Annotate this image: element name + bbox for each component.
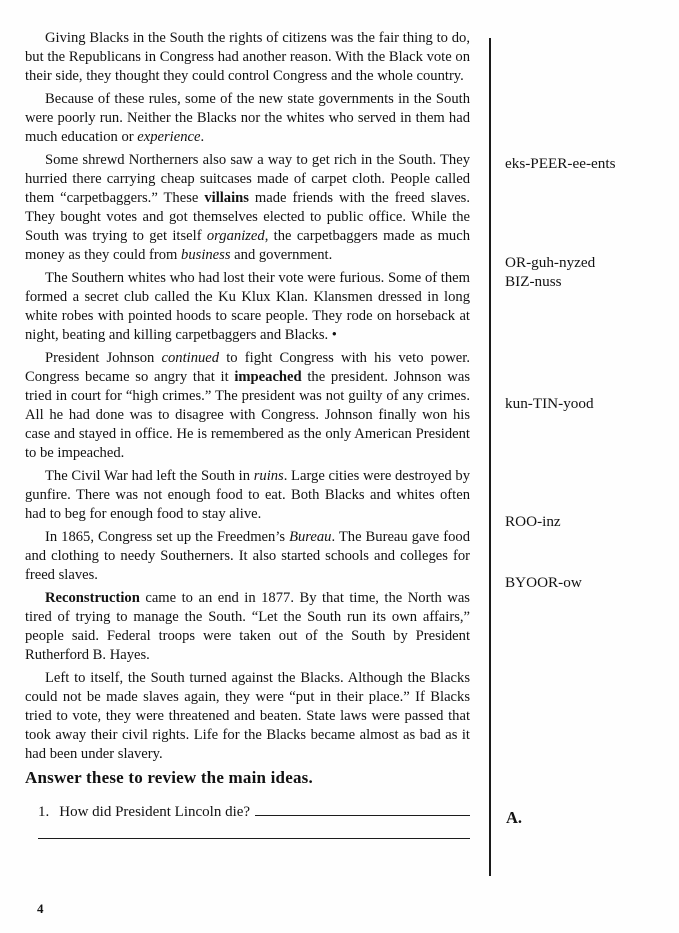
- paragraph: Some shrewd Northerners also saw a way t…: [25, 151, 470, 265]
- pronunciation-guide: OR-guh-nyzed: [505, 253, 595, 272]
- answer-continuation-line: [38, 838, 470, 839]
- answer-blank-line: [255, 801, 470, 816]
- page-number: 4: [37, 901, 44, 917]
- paragraph: Giving Blacks in the South the rights of…: [25, 29, 470, 86]
- question-number: 1.: [38, 803, 59, 822]
- textbook-page: Giving Blacks in the South the rights of…: [0, 0, 679, 933]
- column-divider-rule: [489, 38, 491, 876]
- paragraph: Reconstruction came to an end in 1877. B…: [25, 589, 470, 665]
- question-1: 1. How did President Lincoln die?: [38, 801, 470, 822]
- paragraph: The Civil War had left the South in ruin…: [25, 467, 470, 524]
- paragraph: In 1865, Congress set up the Freedmen’s …: [25, 528, 470, 585]
- question-text: How did President Lincoln die?: [59, 803, 250, 822]
- paragraph: Because of these rules, some of the new …: [25, 90, 470, 147]
- pronunciation-guide: BIZ-nuss: [505, 272, 562, 291]
- pronunciation-guide: ROO-inz: [505, 512, 561, 531]
- pronunciation-guide: BYOOR-ow: [505, 573, 582, 592]
- pronunciation-guide: kun-TIN-yood: [505, 394, 594, 413]
- paragraph: Left to itself, the South turned against…: [25, 669, 470, 764]
- pronunciation-guide: eks-PEER-ee-ents: [505, 154, 616, 173]
- paragraph: President Johnson continued to fight Con…: [25, 349, 470, 463]
- main-text-column: Giving Blacks in the South the rights of…: [25, 29, 470, 839]
- section-marker-a: A.: [506, 808, 522, 828]
- review-heading: Answer these to review the main ideas.: [25, 768, 470, 788]
- paragraph: The Southern whites who had lost their v…: [25, 269, 470, 345]
